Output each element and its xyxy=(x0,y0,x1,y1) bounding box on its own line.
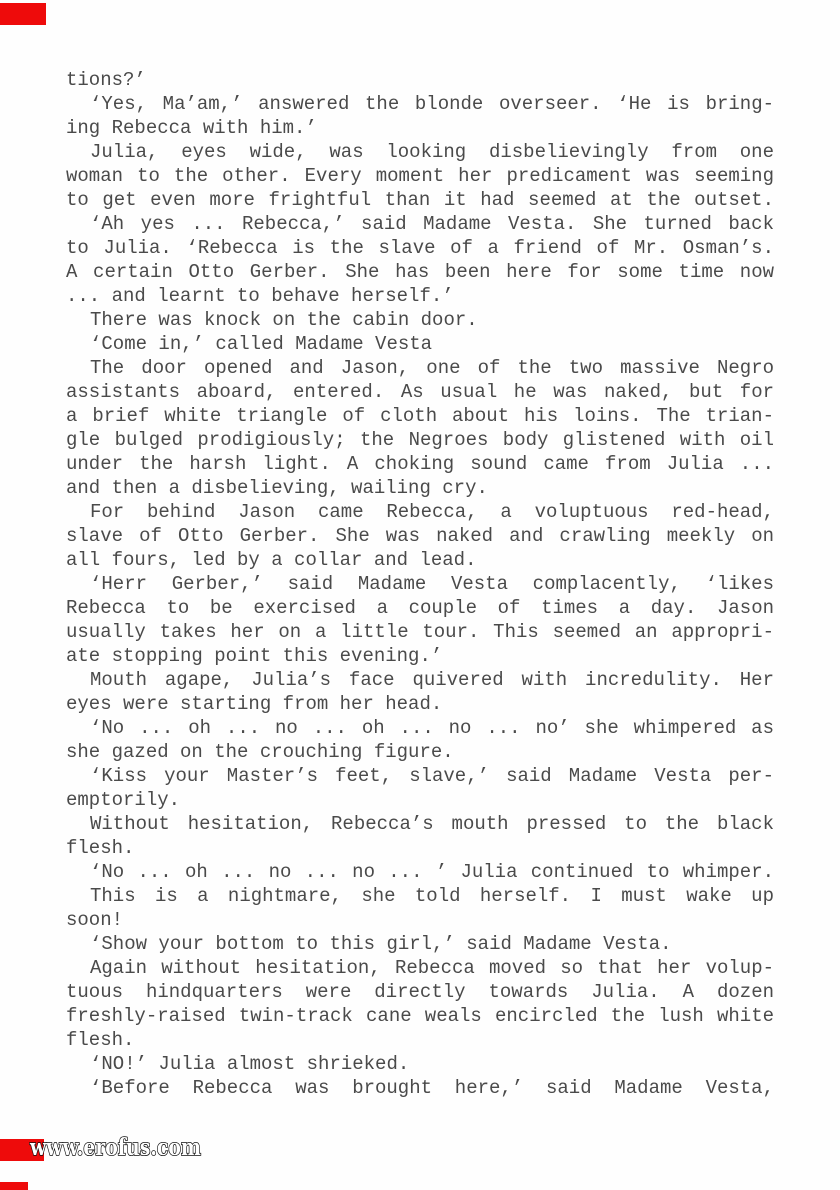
text-line: under the harsh light. A choking sound c… xyxy=(66,452,774,476)
red-mark-bottom-edge xyxy=(0,1182,28,1190)
text-line: Without hesitation, Rebecca’s mouth pres… xyxy=(66,812,774,836)
text-line: a brief white triangle of cloth about hi… xyxy=(66,404,774,428)
text-line: Again without hesitation, Rebecca moved … xyxy=(66,956,774,980)
text-line: ‘Herr Gerber,’ said Madame Vesta complac… xyxy=(66,572,774,596)
text-line: woman to the other. Every moment her pre… xyxy=(66,164,774,188)
watermark-text: www.erofus.com xyxy=(30,1134,201,1161)
text-line: ‘Before Rebecca was brought here,’ said … xyxy=(66,1076,774,1100)
text-line: gle bulged prodigiously; the Negroes bod… xyxy=(66,428,774,452)
text-line: The door opened and Jason, one of the tw… xyxy=(66,356,774,380)
text-line: tuous hindquarters were directly towards… xyxy=(66,980,774,1004)
text-line: Rebecca to be exercised a couple of time… xyxy=(66,596,774,620)
text-line: Mouth agape, Julia’s face quivered with … xyxy=(66,668,774,692)
text-line: Julia, eyes wide, was looking disbelievi… xyxy=(66,140,774,164)
text-line: ‘No ... oh ... no ... no ... ’ Julia con… xyxy=(66,860,774,884)
text-line: all fours, led by a collar and lead. xyxy=(66,548,774,572)
red-mark-top-left xyxy=(0,3,46,25)
text-line: This is a nightmare, she told herself. I… xyxy=(66,884,774,908)
text-line: she gazed on the crouching figure. xyxy=(66,740,774,764)
text-line: ‘Come in,’ called Madame Vesta xyxy=(66,332,774,356)
text-line: emptorily. xyxy=(66,788,774,812)
text-line: For behind Jason came Rebecca, a voluptu… xyxy=(66,500,774,524)
text-line: A certain Otto Gerber. She has been here… xyxy=(66,260,774,284)
text-line: usually takes her on a little tour. This… xyxy=(66,620,774,644)
text-line: ‘Ah yes ... Rebecca,’ said Madame Vesta.… xyxy=(66,212,774,236)
text-line: eyes were starting from her head. xyxy=(66,692,774,716)
text-line: tions?’ xyxy=(66,68,774,92)
text-line: ... and learnt to behave herself.’ xyxy=(66,284,774,308)
text-line: ‘Yes, Ma’am,’ answered the blonde overse… xyxy=(66,92,774,116)
text-line: ‘No ... oh ... no ... oh ... no ... no’ … xyxy=(66,716,774,740)
text-line: flesh. xyxy=(66,1028,774,1052)
page-text: tions?’‘Yes, Ma’am,’ answered the blonde… xyxy=(66,68,774,1100)
text-line: ‘NO!’ Julia almost shrieked. xyxy=(66,1052,774,1076)
text-line: flesh. xyxy=(66,836,774,860)
text-line: to get even more frightful than it had s… xyxy=(66,188,774,212)
text-line: ‘Kiss your Master’s feet, slave,’ said M… xyxy=(66,764,774,788)
text-line: There was knock on the cabin door. xyxy=(66,308,774,332)
text-line: ‘Show your bottom to this girl,’ said Ma… xyxy=(66,932,774,956)
text-line: and then a disbelieving, wailing cry. xyxy=(66,476,774,500)
text-line: ing Rebecca with him.’ xyxy=(66,116,774,140)
text-line: ate stopping point this evening.’ xyxy=(66,644,774,668)
text-line: slave of Otto Gerber. She was naked and … xyxy=(66,524,774,548)
text-line: freshly-raised twin-track cane weals enc… xyxy=(66,1004,774,1028)
text-line: assistants aboard, entered. As usual he … xyxy=(66,380,774,404)
scanned-book-page: tions?’‘Yes, Ma’am,’ answered the blonde… xyxy=(0,0,840,1190)
text-line: to Julia. ‘Rebecca is the slave of a fri… xyxy=(66,236,774,260)
text-line: soon! xyxy=(66,908,774,932)
